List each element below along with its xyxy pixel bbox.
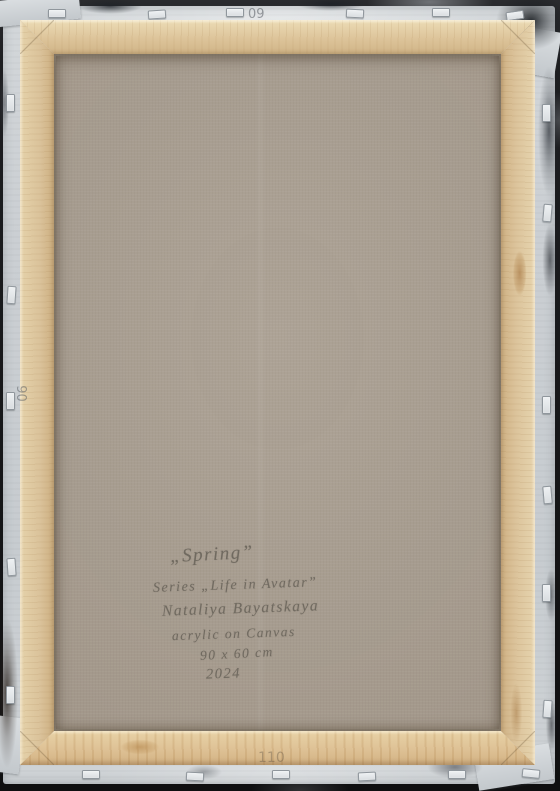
staple [448, 770, 466, 779]
edge-marking-bottom: 110 [258, 750, 285, 766]
staple [6, 286, 16, 305]
inscription-title: „Spring” [169, 542, 254, 568]
canvas-back-photo: „Spring” Series „Life in Avatar” Nataliy… [0, 0, 560, 791]
staple [542, 204, 553, 223]
stretcher-bar-top [20, 20, 535, 54]
paint-smudge [540, 212, 560, 308]
staple [82, 770, 100, 779]
staple [226, 8, 244, 17]
inscription-year: 2024 [206, 665, 242, 683]
edge-marking-left: 90 [13, 385, 28, 402]
staple [358, 772, 376, 782]
staple [542, 104, 551, 122]
staple [346, 9, 364, 19]
staple [6, 558, 16, 577]
staple [542, 486, 553, 505]
staple [6, 686, 15, 704]
staple [542, 700, 552, 719]
staple [432, 8, 450, 17]
stretcher-bar-right [501, 20, 535, 765]
staple [522, 768, 541, 779]
paint-smudge [538, 66, 560, 196]
staple [542, 584, 551, 602]
staple [542, 396, 551, 414]
staple [272, 770, 290, 779]
staple [6, 94, 15, 112]
staple [48, 9, 66, 18]
staple [186, 772, 204, 782]
staple [148, 9, 167, 19]
edge-marking-top: 60 [248, 4, 265, 19]
